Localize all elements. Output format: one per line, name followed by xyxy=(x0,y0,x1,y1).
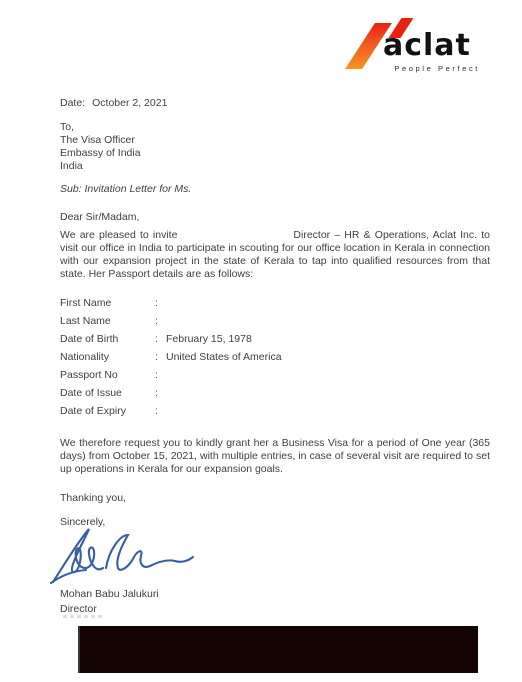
detail-label: Last Name xyxy=(60,315,155,328)
para1-before-gap: We are pleased to invite xyxy=(60,229,177,241)
detail-value: February 15, 1978 xyxy=(166,333,252,346)
letter-page: aclat People Perfect Date:October 2, 202… xyxy=(0,0,522,682)
detail-label: Nationality xyxy=(60,351,155,364)
detail-row-date-of-issue: Date of Issue: xyxy=(60,387,420,405)
detail-colon: : xyxy=(155,405,163,418)
detail-colon: : xyxy=(155,315,163,328)
recipient-block: To, The Visa Officer Embassy of India In… xyxy=(60,121,141,173)
salutation: Dear Sir/Madam, xyxy=(60,211,139,224)
detail-value: United States of America xyxy=(166,351,282,364)
signatory-name: Mohan Babu Jalukuri xyxy=(60,588,159,601)
redaction-bar xyxy=(78,626,478,673)
company-logo: aclat People Perfect xyxy=(352,14,482,74)
body-paragraph-2: We therefore request you to kindly grant… xyxy=(60,437,490,476)
logo-wordmark: aclat xyxy=(383,31,471,61)
detail-colon: : xyxy=(155,369,163,382)
recipient-embassy: Embassy of India xyxy=(60,147,141,160)
subject-line: Sub: Invitation Letter for Ms. xyxy=(60,183,191,196)
detail-row-last-name: Last Name: xyxy=(60,315,420,333)
thanking-line: Thanking you, xyxy=(60,492,126,505)
scan-artifact xyxy=(63,615,105,618)
detail-colon: : xyxy=(155,351,163,364)
recipient-officer: The Visa Officer xyxy=(60,134,141,147)
date-line: Date:October 2, 2021 xyxy=(60,97,167,110)
detail-row-passport-no: Passport No: xyxy=(60,369,420,387)
detail-label: Date of Issue xyxy=(60,387,155,400)
signature-scribble xyxy=(48,523,208,585)
recipient-country: India xyxy=(60,160,141,173)
detail-row-date-of-expiry: Date of Expiry: xyxy=(60,405,420,423)
detail-colon: : xyxy=(155,387,163,400)
detail-colon: : xyxy=(155,297,163,310)
detail-row-first-name: First Name: xyxy=(60,297,420,315)
date-value: October 2, 2021 xyxy=(92,97,167,109)
logo-tagline: People Perfect xyxy=(394,64,480,73)
detail-colon: : xyxy=(155,333,163,346)
detail-label: Date of Birth xyxy=(60,333,155,346)
detail-row-date-of-birth: Date of Birth:February 15, 1978 xyxy=(60,333,420,351)
passport-details-table: First Name: Last Name: Date of Birth:Feb… xyxy=(60,297,420,423)
body-paragraph-1: We are pleased to inviteDirector – HR & … xyxy=(60,229,490,281)
date-label: Date: xyxy=(60,97,85,109)
detail-label: Date of Expiry xyxy=(60,405,155,418)
recipient-to: To, xyxy=(60,121,141,134)
detail-label: First Name xyxy=(60,297,155,310)
detail-label: Passport No xyxy=(60,369,155,382)
detail-row-nationality: Nationality:United States of America xyxy=(60,351,420,369)
